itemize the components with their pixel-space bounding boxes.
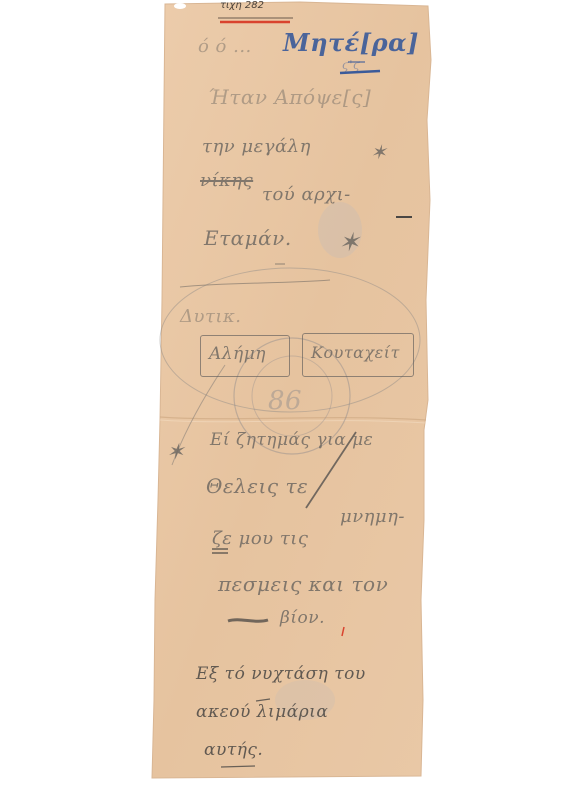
line-10: Θελεις τε (206, 474, 308, 498)
asterisk-mark-1: ✶ (370, 140, 387, 164)
heading-blue: Μητέ[ρα] (283, 28, 419, 57)
stamp-number: 86 (268, 386, 302, 416)
line-13: πεσμεις και τον (218, 572, 388, 596)
boxed-word-1: Αλήμη (200, 335, 290, 377)
boxed-word-2: Κουταχείτ (302, 333, 414, 377)
line-11: μνημη- (340, 506, 405, 527)
line-14: βίον. (280, 608, 325, 628)
boxed-word-1-text: Αλήμη (209, 344, 266, 364)
asterisk-mark-2: ✶ (338, 228, 360, 258)
line-7: Δυτικ. (180, 306, 241, 327)
line-3: την μεγάλη (202, 136, 311, 157)
heading-blue-sub: ϛ'ϛ (342, 58, 360, 72)
line-9: Εί ζητημάς για με (210, 430, 373, 450)
line-6: Εταμάν. (204, 226, 292, 250)
manuscript-page: τιχη 282 Μητέ[ρα] ϛ'ϛ ό ό ... Ήταν Απόψε… (0, 0, 565, 800)
line-15: Εξ τό νυχτάση του (196, 664, 366, 684)
line-2: Ήταν Απόψε[ς] (208, 85, 371, 109)
line-17: αυτής. (204, 740, 263, 760)
line-16: ακεού λιμάρια (196, 702, 328, 722)
boxed-word-2-text: Κουταχείτ (311, 343, 400, 362)
line-4-struck: νίκης (200, 170, 253, 191)
asterisk-mark-3: ✶ (166, 440, 185, 465)
line-1: ό ό ... (198, 36, 252, 57)
line-5: τού αρχι- (262, 184, 351, 205)
page-number-label: τιχη 282 (220, 0, 264, 11)
line-12: ζε μου τις (212, 528, 308, 549)
